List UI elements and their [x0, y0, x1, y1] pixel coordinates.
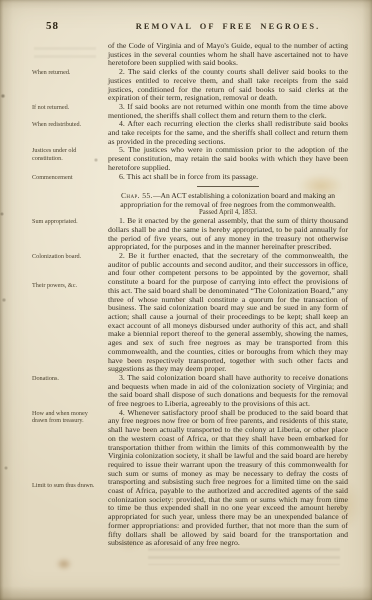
- body-column: 6. This act shall be in force from its p…: [108, 173, 348, 182]
- margin-note: If not returned.: [32, 104, 99, 111]
- margin-note: Donations.: [32, 375, 99, 382]
- ink-bleedthrough: [148, 548, 340, 565]
- act54-section-row: of the Code of Virginia and of Mayo's Gu…: [30, 42, 348, 68]
- margin-note-column: [30, 186, 108, 187]
- margin-note: Colonization board.: [32, 253, 99, 260]
- page-number: 58: [30, 20, 108, 32]
- margin-note-column: [30, 191, 108, 217]
- page-content: 58 REMOVAL OF FREE NEGROES. of the Code …: [30, 20, 348, 548]
- margin-note-column: How and when money drawn from treasury. …: [30, 409, 108, 548]
- chapter-label: Chap. 55.: [121, 191, 153, 200]
- margin-note: How and when money drawn from treasury.: [32, 410, 99, 425]
- running-title: REMOVAL OF FREE NEGROES.: [108, 22, 348, 31]
- paper-stain: [56, 558, 72, 570]
- paragraph: 5. The justices who were in commission p…: [108, 146, 348, 172]
- act54-section-row: Justices under old constitution. 5. The …: [30, 146, 348, 172]
- margin-note-column: Sum appropriated.: [30, 217, 108, 252]
- paragraph: of the Code of Virginia and of Mayo's Gu…: [108, 42, 348, 68]
- body-column: of the Code of Virginia and of Mayo's Gu…: [108, 42, 348, 68]
- margin-note-column: If not returned.: [30, 103, 108, 120]
- body-column: 5. The justices who were in commission p…: [108, 146, 348, 172]
- paragraph: 2. Be it further enacted, that the secre…: [108, 252, 348, 374]
- margin-note: When returned.: [32, 69, 99, 76]
- body-column: 1. Be it enacted by the general assembly…: [108, 217, 348, 252]
- margin-note: Limit to sum thus drawn.: [32, 482, 99, 489]
- separator-rule: [197, 186, 259, 187]
- chapter-heading-row: Chap. 55.—An ACT establishing a coloniza…: [30, 191, 348, 217]
- act55-section-row: Donations. 3. The said colonization boar…: [30, 374, 348, 409]
- body-column: Chap. 55.—An ACT establishing a coloniza…: [108, 191, 348, 217]
- margin-note-column: Commencement: [30, 173, 108, 182]
- body-column: 2. Be it further enacted, that the secre…: [108, 252, 348, 374]
- margin-note-column: When returned.: [30, 68, 108, 103]
- body-column: 4. After each recurring election the cle…: [108, 120, 348, 146]
- body-column: 2. The said clerks of the county courts …: [108, 68, 348, 103]
- margin-note: Sum appropriated.: [32, 218, 99, 225]
- chapter-title: —An ACT establishing a colonization boar…: [120, 191, 336, 209]
- act54-section-row: Commencement 6. This act shall be in for…: [30, 173, 348, 182]
- paragraph: 3. If said books are not returned within…: [108, 103, 348, 120]
- body-column: 3. The said colonization board shall hav…: [108, 374, 348, 409]
- chapter-heading: Chap. 55.—An ACT establishing a coloniza…: [108, 191, 348, 209]
- margin-note-column: Justices under old constitution.: [30, 146, 108, 172]
- paragraph: 3. The said colonization board shall hav…: [108, 374, 348, 409]
- paragraph: 1. Be it enacted by the general assembly…: [108, 217, 348, 252]
- margin-note: When redistributed.: [32, 121, 99, 128]
- margin-note: Their powers, &c.: [32, 282, 99, 289]
- margin-note-column: When redistributed.: [30, 120, 108, 146]
- paragraph: 4. After each recurring election the cle…: [108, 120, 348, 146]
- scanned-book-page: 58 REMOVAL OF FREE NEGROES. of the Code …: [0, 0, 372, 600]
- act-separator-row: [30, 186, 348, 187]
- paragraph: 4. Whenever satisfactory proof shall be …: [108, 409, 348, 548]
- body-column: 4. Whenever satisfactory proof shall be …: [108, 409, 348, 548]
- act55-section-row: Colonization board. Their powers, &c. 2.…: [30, 252, 348, 374]
- margin-note-column: Colonization board. Their powers, &c.: [30, 252, 108, 374]
- act54-section-row: When returned. 2. The said clerks of the…: [30, 68, 348, 103]
- margin-note-column: Donations.: [30, 374, 108, 409]
- margin-note: Justices under old constitution.: [32, 147, 99, 162]
- margin-note: Commencement: [32, 174, 99, 181]
- paragraph: 2. The said clerks of the county courts …: [108, 68, 348, 103]
- act55-section-row: Sum appropriated. 1. Be it enacted by th…: [30, 217, 348, 252]
- paragraph: 6. This act shall be in force from its p…: [108, 173, 348, 182]
- act55-section-row: How and when money drawn from treasury. …: [30, 409, 348, 548]
- act54-section-row: When redistributed. 4. After each recurr…: [30, 120, 348, 146]
- margin-note-column: [30, 42, 108, 68]
- act54-section-row: If not returned. 3. If said books are no…: [30, 103, 348, 120]
- body-column: 3. If said books are not returned within…: [108, 103, 348, 120]
- body-column: [108, 186, 348, 187]
- page-header: 58 REMOVAL OF FREE NEGROES.: [30, 20, 348, 32]
